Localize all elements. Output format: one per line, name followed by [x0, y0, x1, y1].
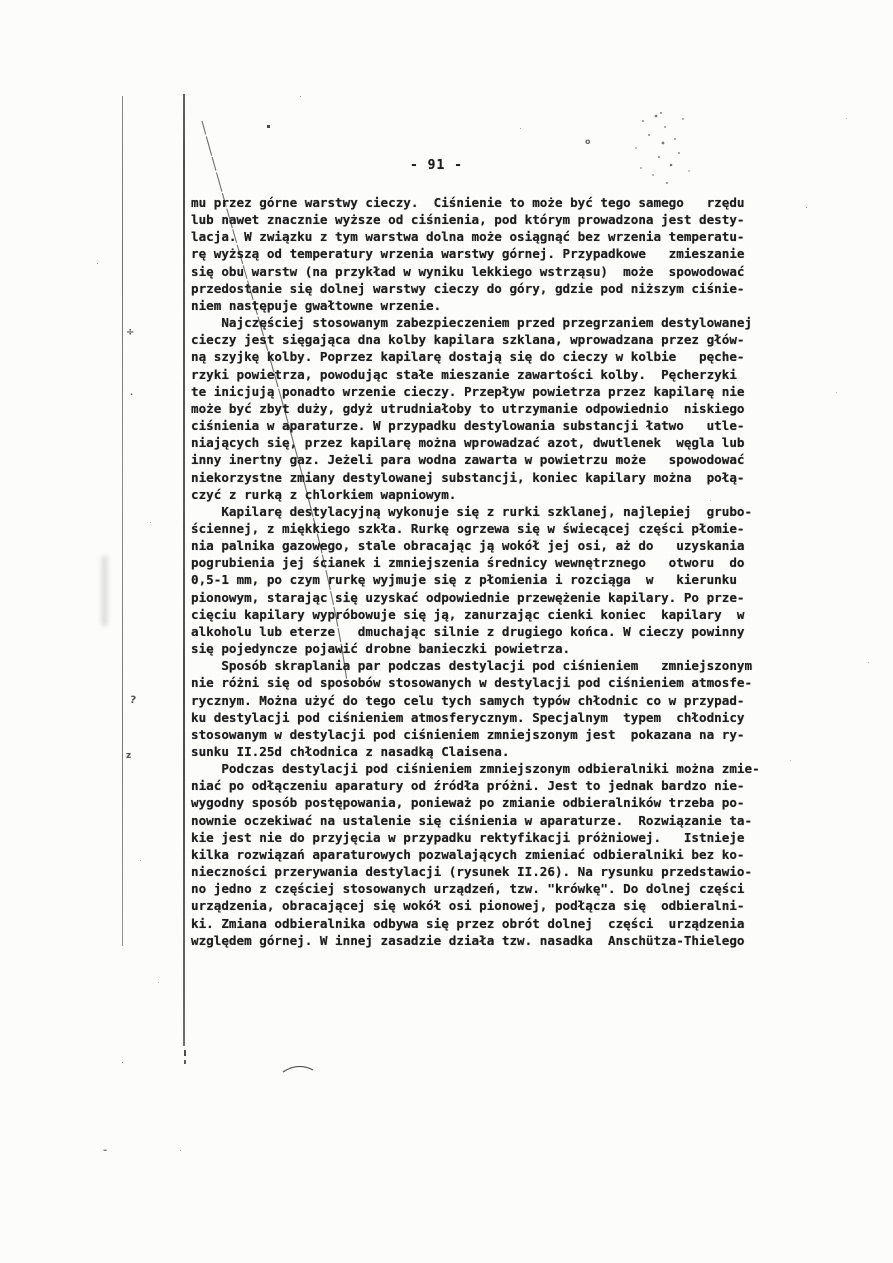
- scan-smudge: [101, 556, 108, 626]
- margin-mark: ÷: [126, 328, 134, 338]
- body-text-paragraph: mu przez górne warstwy cieczy. Ciśnienie…: [191, 194, 771, 314]
- body-text: mu przez górne warstwy cieczy. Ciśnienie…: [191, 194, 771, 949]
- stray-mark: o: [585, 137, 591, 147]
- body-text-paragraph: Sposób skraplania par podczas destylacji…: [191, 657, 771, 760]
- margin-rule-dash: [184, 1060, 186, 1064]
- body-text-paragraph: Kapilarę destylacyjną wykonuje się z rur…: [191, 503, 771, 657]
- speckle-noise: [0, 0, 1, 1]
- body-text-paragraph: Podczas destylacji pod ciśnieniem zmniej…: [191, 760, 771, 949]
- margin-mark: ·: [130, 390, 133, 400]
- margin-mark: ?: [129, 696, 136, 707]
- margin-mark: -: [103, 1146, 107, 1156]
- scanned-page: ÷ · ? z - o - 91 - mu przez górne warstw…: [0, 0, 893, 1263]
- page-number: - 91 -: [410, 158, 463, 174]
- body-text-paragraph: Najczęściej stosowanym zabezpieczeniem p…: [191, 314, 771, 503]
- left-margin-rule-main: [183, 94, 185, 1046]
- margin-rule-dash: [184, 1050, 186, 1056]
- curve-mark: [283, 1066, 313, 1072]
- left-margin-rule-thin: [122, 96, 123, 946]
- margin-mark: z: [126, 751, 132, 761]
- speckle-cluster: [660, 112, 662, 114]
